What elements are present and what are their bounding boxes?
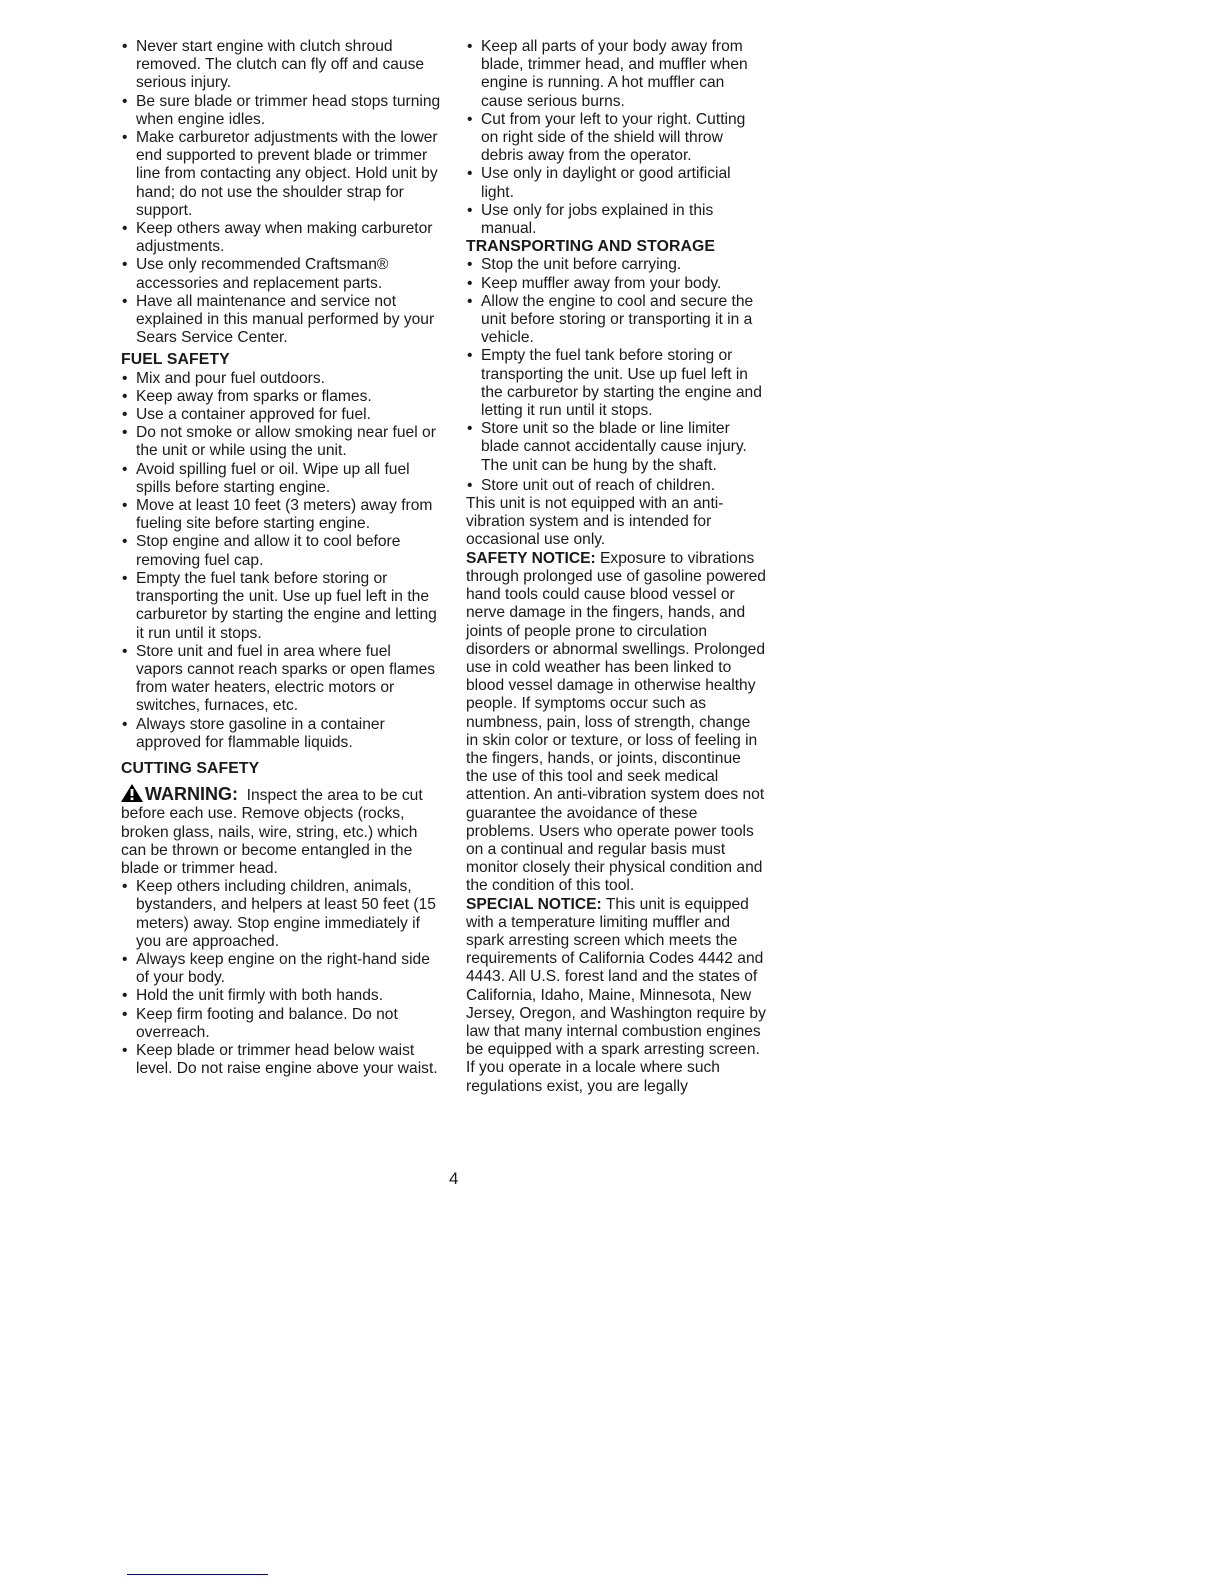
list-item: Make carburetor adjustments with the low… <box>121 129 441 220</box>
transport-storage-heading: TRANSPORTING AND STORAGE <box>466 238 766 256</box>
warning-paragraph: WARNING: Inspect the area to be cut befo… <box>121 784 441 878</box>
list-item: Be sure blade or trimmer head stops turn… <box>121 93 441 129</box>
safety-notice-label: SAFETY NOTICE: <box>466 550 596 567</box>
list-item: Store unit and fuel in area where fuel v… <box>121 643 441 716</box>
list-item: Use only recommended Craftsman® accessor… <box>121 256 441 292</box>
list-item: Keep all parts of your body away from bl… <box>466 38 766 111</box>
right-column: Keep all parts of your body away from bl… <box>466 38 766 1096</box>
list-item: Keep others away when making carburetor … <box>121 220 441 256</box>
fuel-safety-heading: FUEL SAFETY <box>121 351 441 369</box>
list-item: Do not smoke or allow smoking near fuel … <box>121 424 441 460</box>
list-item: Stop the unit before carrying. <box>466 256 766 274</box>
page-number: 4 <box>449 1169 458 1189</box>
warning-triangle-icon <box>121 784 143 802</box>
list-item: Store unit out of reach of children. <box>466 477 766 495</box>
special-notice-paragraph: SPECIAL NOTICE: This unit is equipped wi… <box>466 896 766 1096</box>
special-notice-text: This unit is equipped with a temperature… <box>466 896 766 1095</box>
fuel-safety-list: Mix and pour fuel outdoors. Keep away fr… <box>121 370 441 752</box>
cutting-safety-heading: CUTTING SAFETY <box>121 760 441 778</box>
list-item: Keep away from sparks or flames. <box>121 388 441 406</box>
anti-vibration-note: This unit is not equipped with an anti-v… <box>466 495 766 550</box>
list-item: Stop engine and allow it to cool before … <box>121 533 441 569</box>
list-item: Avoid spilling fuel or oil. Wipe up all … <box>121 461 441 497</box>
list-item: Cut from your left to your right. Cuttin… <box>466 111 766 166</box>
list-item: Use only in daylight or good artificial … <box>466 165 766 201</box>
list-item: Never start engine with clutch shroud re… <box>121 38 441 93</box>
special-notice-label: SPECIAL NOTICE: <box>466 896 602 913</box>
list-item: Keep blade or trimmer head below waist l… <box>121 1042 441 1078</box>
list-item: Always store gasoline in a container app… <box>121 716 441 752</box>
safety-notice-text: Exposure to vibrations through prolonged… <box>466 550 766 895</box>
list-item: Store unit so the blade or line limiter … <box>466 420 766 475</box>
list-item: Allow the engine to cool and secure the … <box>466 293 766 348</box>
transport-storage-list: Stop the unit before carrying. Keep muff… <box>466 256 766 495</box>
list-item: Always keep engine on the right-hand sid… <box>121 951 441 987</box>
safety-notice-paragraph: SAFETY NOTICE: Exposure to vibrations th… <box>466 550 766 896</box>
list-item: Mix and pour fuel outdoors. <box>121 370 441 388</box>
list-item: Have all maintenance and service not exp… <box>121 293 441 348</box>
list-item: Empty the fuel tank before storing or tr… <box>121 570 441 643</box>
list-item: Move at least 10 feet (3 meters) away fr… <box>121 497 441 533</box>
list-item: Keep firm footing and balance. Do not ov… <box>121 1006 441 1042</box>
list-item: Use only for jobs explained in this manu… <box>466 202 766 238</box>
left-column: Never start engine with clutch shroud re… <box>121 38 441 1078</box>
general-safety-list: Never start engine with clutch shroud re… <box>121 38 441 347</box>
list-item: Use a container approved for fuel. <box>121 406 441 424</box>
cutting-safety-list: Keep others including children, animals,… <box>121 878 441 1078</box>
operation-safety-list: Keep all parts of your body away from bl… <box>466 38 766 238</box>
list-item: Keep muffler away from your body. <box>466 275 766 293</box>
warning-label: WARNING: <box>145 784 238 804</box>
footer-divider <box>127 1574 268 1575</box>
list-item: Hold the unit firmly with both hands. <box>121 987 441 1005</box>
list-item: Keep others including children, animals,… <box>121 878 441 951</box>
list-item: Empty the fuel tank before storing or tr… <box>466 347 766 420</box>
